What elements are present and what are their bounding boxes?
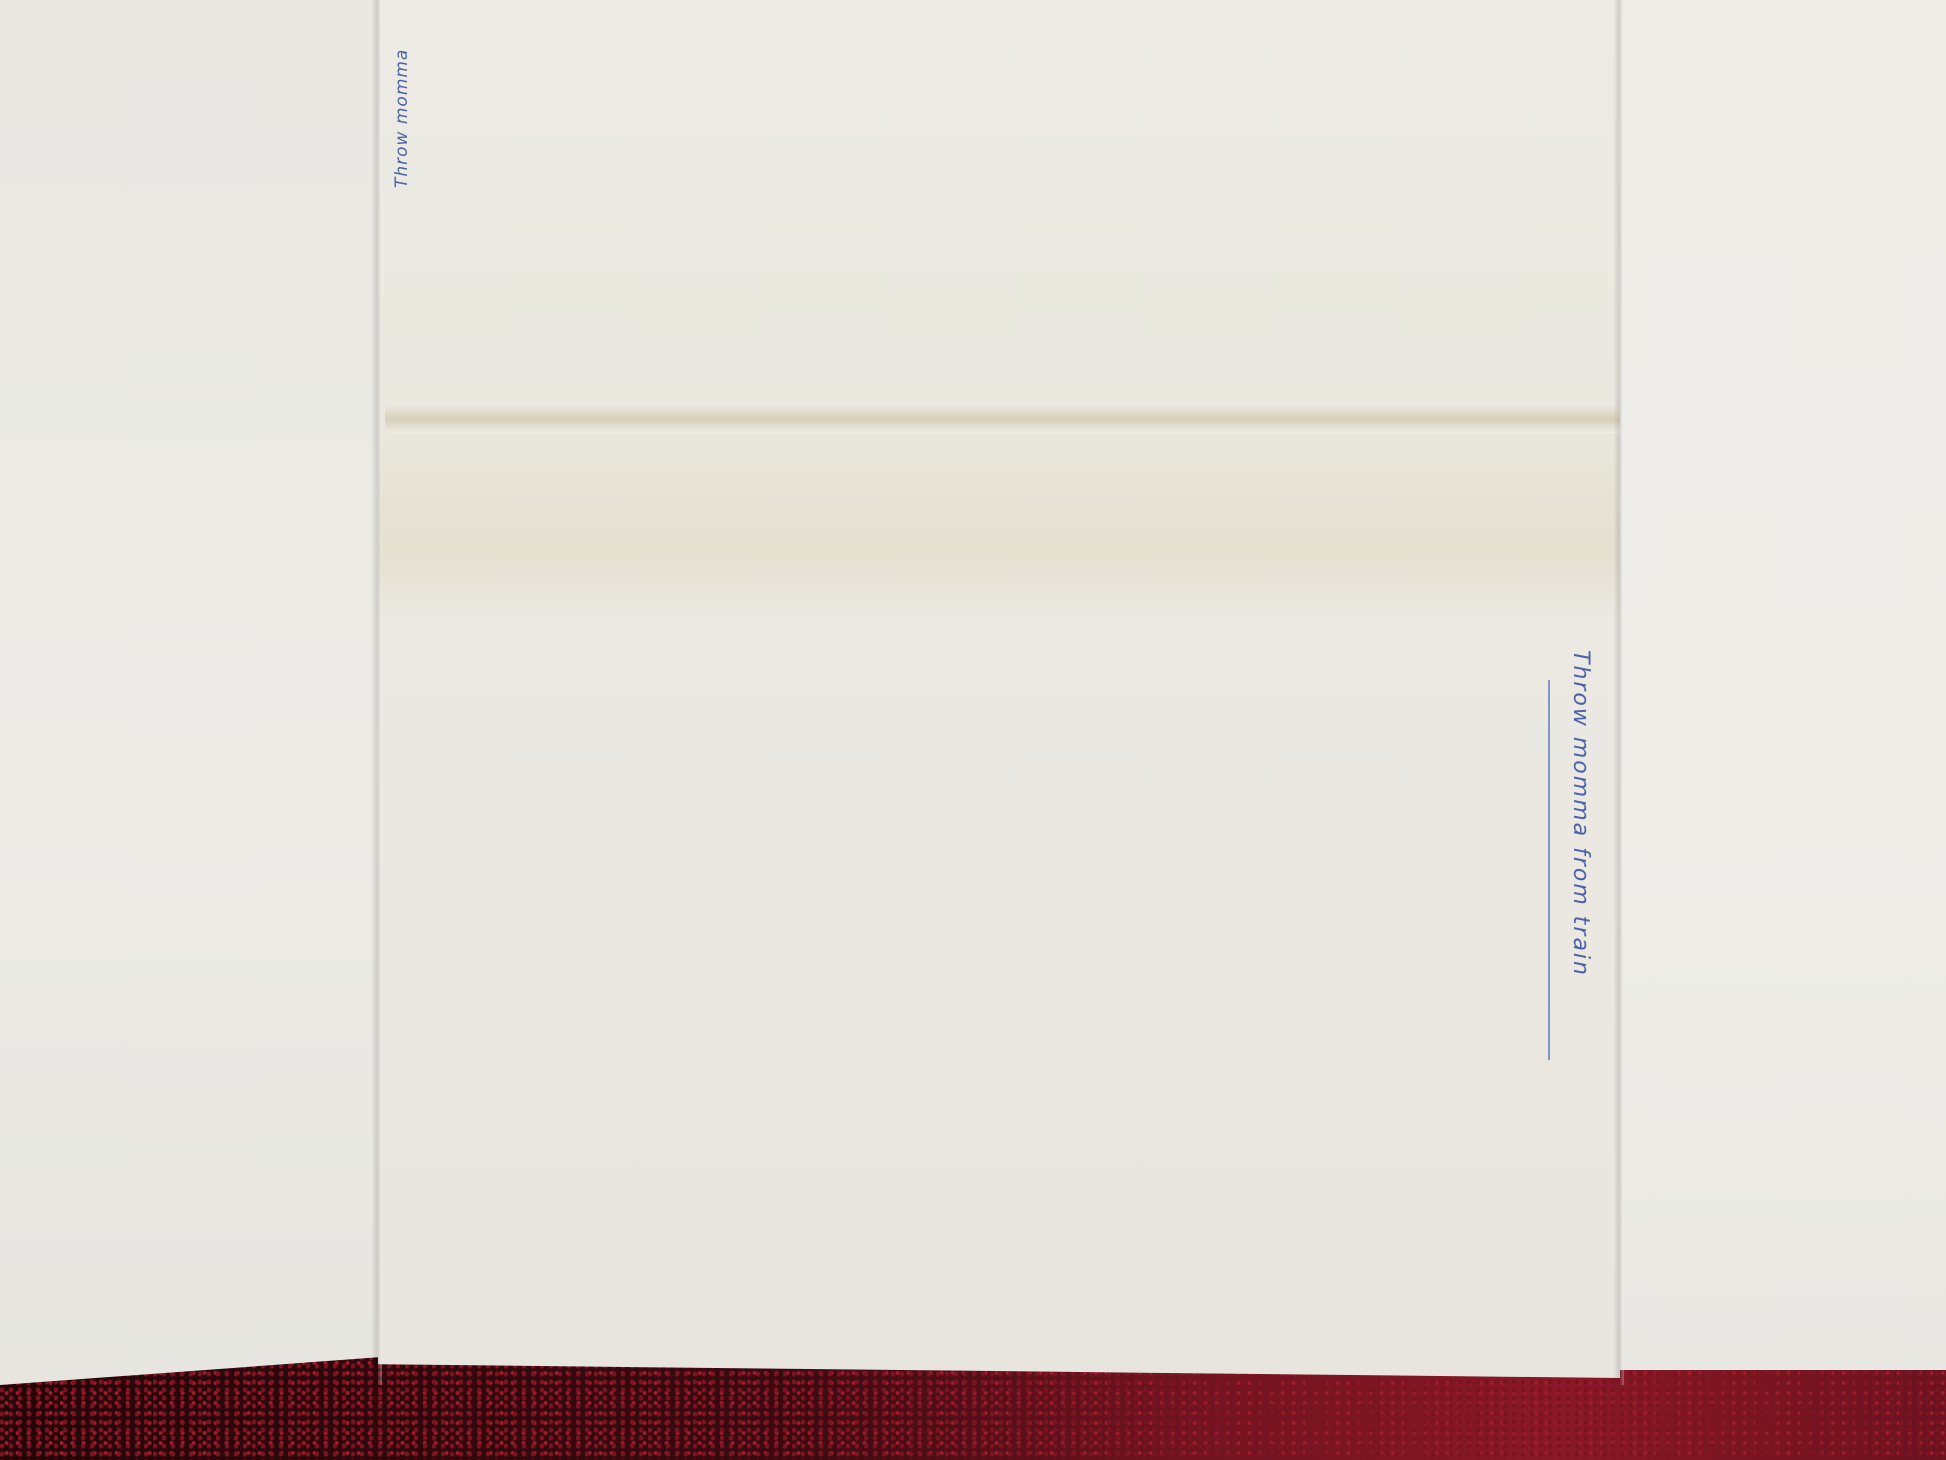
poster-panel-right: [1620, 0, 1946, 1370]
handwritten-title-note-right: Throw momma from train: [1568, 650, 1593, 977]
vertical-fold-crease-left: [372, 0, 382, 1385]
handwritten-title-note-top: Throw momma: [392, 49, 412, 188]
folded-poster-back: Throw momma Throw momma from train: [0, 0, 1946, 1400]
poster-panel-center: [378, 0, 1620, 1378]
vertical-fold-crease-right: [1614, 0, 1624, 1385]
poster-panel-left: [0, 0, 378, 1385]
handwritten-underline: [1548, 680, 1550, 1060]
horizontal-fold-crease: [385, 405, 1620, 433]
